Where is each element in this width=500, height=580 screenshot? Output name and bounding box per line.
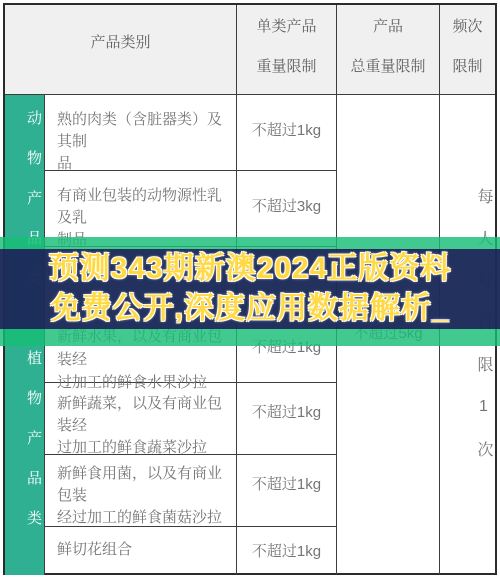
header-total-weight-limit: 产品 总重量限制	[337, 5, 440, 95]
header-single-limit-line1: 单类产品	[237, 7, 336, 47]
header-frequency-line2: 限制	[440, 47, 495, 87]
banner-bottom-strip	[0, 329, 500, 346]
weight-limit-cell: 不超过1kg	[237, 527, 337, 575]
weight-limit-cell: 不超过3kg	[237, 171, 337, 247]
product-desc-cell: 新鲜食用菌，以及有商业包装 经过加工的鲜食菌菇沙拉	[45, 455, 237, 527]
product-desc-cell: 鲜切花组合	[45, 527, 237, 575]
banner-line-1: 预测343期新澳2024正版资料	[49, 249, 452, 289]
total-weight-cell-animal	[337, 95, 440, 250]
header-frequency-line1: 频次	[440, 7, 495, 47]
weight-limit-cell: 不超过1kg	[237, 455, 337, 527]
banner-top-strip	[0, 237, 500, 249]
banner-body: 预测343期新澳2024正版资料 免费公开,深度应用数据解析_	[0, 249, 500, 329]
header-frequency-limit: 频次 限制	[440, 5, 495, 95]
promo-banner[interactable]: 预测343期新澳2024正版资料 免费公开,深度应用数据解析_	[0, 237, 500, 346]
weight-limit-cell: 不超过1kg	[237, 95, 337, 171]
header-product-category-label: 产品类别	[5, 33, 236, 67]
header-total-limit-line1: 产品	[337, 7, 439, 47]
header-product-category: 产品类别	[5, 5, 237, 95]
header-single-limit-line2: 重量限制	[237, 47, 336, 87]
header-single-product-weight-limit: 单类产品 重量限制	[237, 5, 337, 95]
product-desc-cell: 新鲜蔬菜，以及有商业包装经 过加工的鲜食蔬菜沙拉	[45, 383, 237, 455]
product-desc-cell: 有商业包装的动物源性乳及乳 制品	[45, 171, 237, 247]
banner-line-2: 免费公开,深度应用数据解析_	[50, 289, 449, 329]
header-total-limit-line2: 总重量限制	[337, 47, 439, 87]
weight-limit-cell: 不超过1kg	[237, 383, 337, 455]
category-plant-products: 植物产品类	[5, 350, 44, 550]
product-desc-cell: 熟的肉类（含脏器类）及其制 品	[45, 95, 237, 171]
